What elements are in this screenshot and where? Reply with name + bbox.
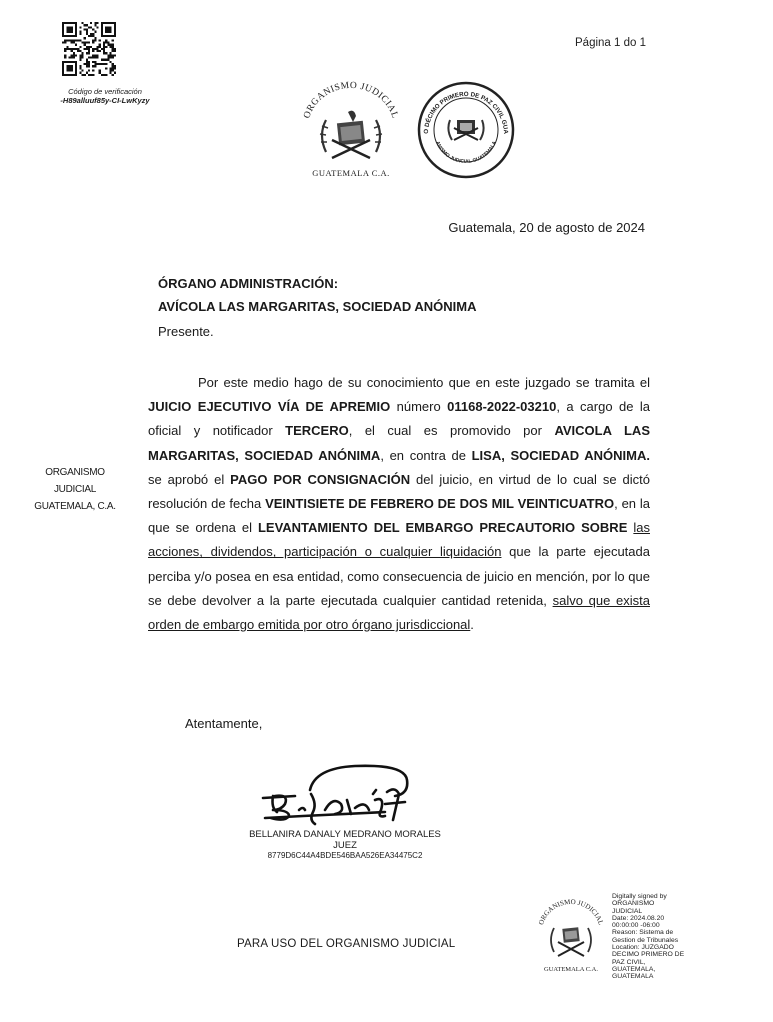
dsig-line: ORGANISMO — [612, 900, 692, 907]
side-stamp-line-3: GUATEMALA, C.A. — [30, 498, 120, 515]
dsig-line: Digitally signed by — [612, 893, 692, 900]
signer-name: BELLANIRA DANALY MEDRANO MORALES — [200, 829, 490, 840]
dsig-line: Gestion de Tribunales — [612, 937, 692, 944]
verification-label: Código de verificación — [40, 87, 170, 96]
dsig-line: DECIMO PRIMERO DE — [612, 951, 692, 958]
signer-title: JUEZ — [200, 840, 490, 851]
handwritten-signature-icon — [255, 760, 425, 830]
svg-text:ORGANISMO JUDICIAL: ORGANISMO JUDICIAL — [537, 898, 605, 926]
letter-body: Por este medio hago de su conocimiento q… — [148, 371, 650, 637]
verification-qr-code — [62, 22, 116, 76]
svg-text:GUATEMALA C.A.: GUATEMALA C.A. — [312, 168, 390, 178]
side-stamp-line-1: ORGANISMO — [30, 464, 120, 481]
recipient-line-1: ÓRGANO ADMINISTRACIÓN: — [158, 276, 338, 291]
dsig-line: Reason: Sistema de — [612, 929, 692, 936]
digital-signature-block: Digitally signed by ORGANISMO JUDICIAL D… — [612, 893, 692, 981]
organismo-judicial-seal-icon: ORGANISMO JUDICIAL GUATEMALA C.A. — [296, 80, 406, 180]
dsig-line: GUATEMALA, — [612, 966, 692, 973]
page-indicator: Página 1 do 1 — [575, 37, 646, 49]
closing: Atentamente, — [185, 716, 262, 731]
side-stamp-line-2: JUDICIAL — [30, 481, 120, 498]
svg-text:GUATEMALA C.A.: GUATEMALA C.A. — [544, 966, 598, 973]
footer-seal-icon: ORGANISMO JUDICIAL GUATEMALA C.A. — [536, 892, 606, 974]
dsig-line: 00:00:00 -06:00 — [612, 922, 692, 929]
place-date: Guatemala, 20 de agosto de 2024 — [300, 220, 645, 235]
body-paragraph: Por este medio hago de su conocimiento q… — [148, 371, 650, 637]
recipient-line-2: AVÍCOLA LAS MARGARITAS, SOCIEDAD ANÓNIMA — [158, 299, 477, 314]
greeting: Presente. — [158, 324, 214, 339]
dsig-line: Date: 2024.08.20 — [612, 915, 692, 922]
dsig-line: Location: JUZGADO — [612, 944, 692, 951]
dsig-line: GUATEMALA — [612, 973, 692, 980]
juzgado-round-seal-icon: JUZGADO DÉCIMO PRIMERO DE PAZ CIVIL GUAT… — [416, 80, 516, 180]
verification-code: -H89alluuf85y-CI-LwKyzy — [40, 96, 170, 105]
dsig-line: PAZ CIVIL, — [612, 959, 692, 966]
side-stamp: ORGANISMO JUDICIAL GUATEMALA, C.A. — [30, 464, 120, 515]
signature-hash: 8779D6C44A4BDE546BAA526EA34475C2 — [200, 851, 490, 860]
dsig-line: JUDICIAL — [612, 908, 692, 915]
footer-text: PARA USO DEL ORGANISMO JUDICIAL — [237, 938, 455, 950]
